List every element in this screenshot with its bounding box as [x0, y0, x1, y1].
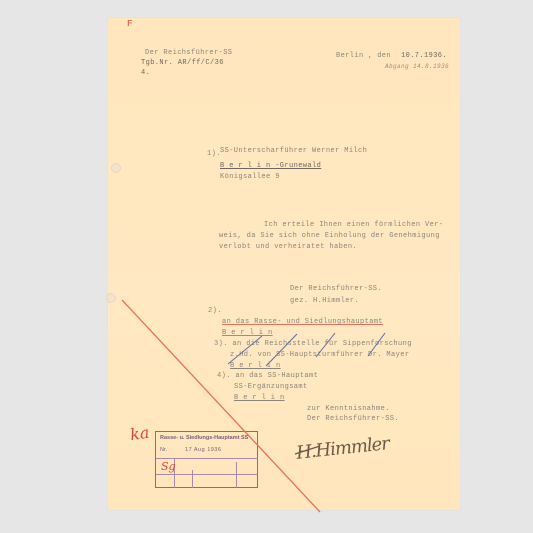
stamp-office: Rasse- u. Siedlungs-Hauptamt SS [160, 435, 248, 441]
recipient-city: B e r l i n -Grunewald [220, 162, 321, 171]
distribution-4-city: B e r l i n [234, 394, 285, 403]
recipient-number: 1). [207, 150, 221, 159]
stamp-initials: Sg [161, 460, 176, 473]
punch-hole-top [111, 163, 121, 173]
distribution-3-line1: 3). an die Reichsstelle für Sippenforsch… [214, 340, 412, 349]
distribution-3-line2: z.Hd. von SS-Hauptsturmführer Dr. Mayer [230, 351, 409, 360]
signature-title: Der Reichsführer-SS. [290, 285, 382, 294]
received-note: Abgang 14.8.1936 [385, 62, 449, 71]
distribution-2-number: 2). [208, 307, 222, 316]
distribution-2-line1: an das Rasse- und Siedlungshauptamt [222, 318, 383, 327]
distribution-3-city: B e r l i n [230, 362, 281, 371]
body-line-2: weis, da Sie sich ohne Einholung der Gen… [219, 232, 440, 241]
stamp-grid-line [156, 458, 258, 459]
distribution-4-line2: SS-Ergänzungsamt [234, 383, 308, 392]
received-stamp: Rasse- u. Siedlungs-Hauptamt SS Nr.17 Au… [155, 431, 258, 488]
stamp-date: 17 Aug 1936 [185, 447, 221, 453]
punch-hole-bottom [106, 293, 116, 303]
line-number: 4. [141, 69, 150, 78]
top-red-mark: F [127, 19, 132, 29]
margin-initials: ka [129, 423, 151, 444]
stamp-grid-line [192, 470, 193, 488]
closing-title: Der Reichsführer-SS. [307, 415, 399, 424]
place: Berlin [336, 52, 364, 61]
recipient-name: SS-Unterscharführer Werner Milch [220, 147, 367, 156]
sender-line: Der Reichsführer-SS [145, 49, 232, 58]
stamp-number-label: Nr. [160, 447, 167, 453]
signature-signed: gez. H.Himmler. [290, 297, 359, 306]
stamp-number-row: Nr.17 Aug 1936 [160, 447, 221, 453]
stamp-grid-line [156, 474, 258, 475]
date-value: 10.7.1936. [401, 52, 447, 61]
distribution-4-line1: 4). an das SS-Hauptamt [217, 372, 318, 381]
date-prefix: , den [368, 52, 391, 61]
distribution-2-city: B e r l i n [222, 329, 273, 338]
stamp-grid-line [236, 462, 237, 488]
recipient-street: Königsallee 9 [220, 173, 280, 182]
closing-note: zur Kenntnisnahme. [307, 405, 390, 414]
body-line-3: verlobt und verheiratet haben. [219, 243, 357, 252]
body-line-1: Ich erteile Ihnen einen förmlichen Ver- [264, 221, 443, 230]
reference-number: Tgb.Nr. AR/ff/C/36 [141, 59, 224, 68]
